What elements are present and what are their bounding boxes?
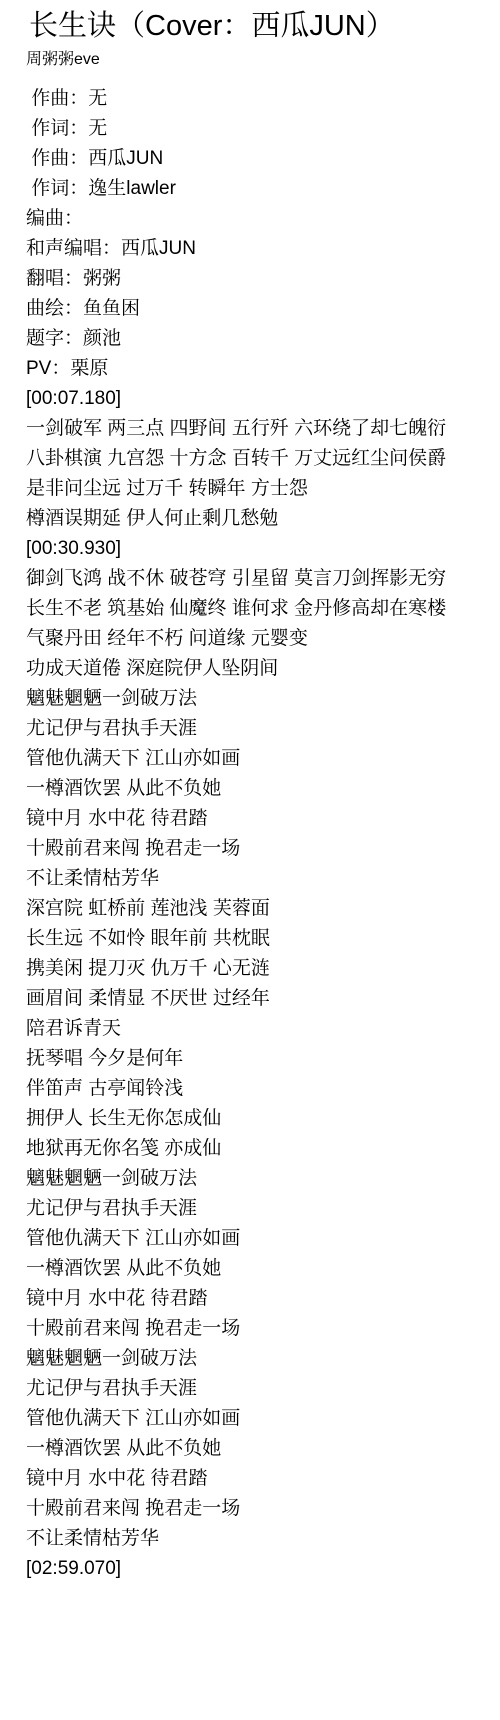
- lyric-line: 一樽酒饮罢 从此不负她: [26, 1254, 496, 1284]
- credit-line: 和声编唱：西瓜JUN: [26, 234, 496, 264]
- lyric-line: 地狱再无你名笺 亦成仙: [26, 1134, 496, 1164]
- lyric-line: 画眉间 柔情显 不厌世 过经年: [26, 984, 496, 1014]
- credit-line: 曲绘：鱼鱼困: [26, 294, 496, 324]
- lyric-line: 一剑破军 两三点 四野间 五行歼 六环绕了却七魄衍: [26, 414, 496, 444]
- lyric-line: 镜中月 水中花 待君踏: [26, 1284, 496, 1314]
- lyric-line: 镜中月 水中花 待君踏: [26, 1464, 496, 1494]
- credit-line: 作词：逸生lawler: [26, 174, 496, 204]
- lyric-line: 陪君诉青天: [26, 1014, 496, 1044]
- lyric-line: 镜中月 水中花 待君踏: [26, 804, 496, 834]
- credit-line: 作词：无: [26, 114, 496, 144]
- lyric-line: 深宫院 虹桥前 莲池浅 芙蓉面: [26, 894, 496, 924]
- lyric-line: 拥伊人 长生无你怎成仙: [26, 1104, 496, 1134]
- lyric-line: 管他仇满天下 江山亦如画: [26, 1404, 496, 1434]
- lyric-line: 一樽酒饮罢 从此不负她: [26, 774, 496, 804]
- credit-line: 作曲：西瓜JUN: [26, 144, 496, 174]
- lyric-line: 携美闲 提刀灭 仇万千 心无涟: [26, 954, 496, 984]
- credits-block: 作曲：无 作词：无 作曲：西瓜JUN 作词：逸生lawler编曲：和声编唱：西瓜…: [26, 84, 496, 384]
- credit-line: 题字：颜池: [26, 324, 496, 354]
- lyric-line: 管他仇满天下 江山亦如画: [26, 744, 496, 774]
- credit-line: 作曲：无: [26, 84, 496, 114]
- lyric-line: 抚琴唱 今夕是何年: [26, 1044, 496, 1074]
- lyrics-page: 长生诀（Cover：西瓜JUN） 周粥粥eve 作曲：无 作词：无 作曲：西瓜J…: [0, 0, 500, 1584]
- timestamp-line: [00:30.930]: [26, 534, 496, 564]
- lyric-line: 尤记伊与君执手天涯: [26, 714, 496, 744]
- lyric-line: 不让柔情枯芳华: [26, 1524, 496, 1554]
- lyric-line: 不让柔情枯芳华: [26, 864, 496, 894]
- lyric-line: 气聚丹田 经年不朽 问道缘 元婴变: [26, 624, 496, 654]
- lyric-line: 尤记伊与君执手天涯: [26, 1194, 496, 1224]
- lyric-line: 魑魅魍魉一剑破万法: [26, 684, 496, 714]
- credit-line: 编曲：: [26, 204, 496, 234]
- lyric-line: 御剑飞鸿 战不休 破苍穹 引星留 莫言刀剑挥影无穷: [26, 564, 496, 594]
- artist-name: 周粥粥eve: [26, 50, 496, 69]
- lyric-line: 管他仇满天下 江山亦如画: [26, 1224, 496, 1254]
- lyric-line: 十殿前君来闯 挽君走一场: [26, 1494, 496, 1524]
- lyric-line: 樽酒误期延 伊人何止剩几愁勉: [26, 504, 496, 534]
- lyric-line: 长生远 不如怜 眼年前 共枕眠: [26, 924, 496, 954]
- timestamp-line: [02:59.070]: [26, 1554, 496, 1584]
- lyric-line: 伴笛声 古亭闻铃浅: [26, 1074, 496, 1104]
- lyric-line: 十殿前君来闯 挽君走一场: [26, 834, 496, 864]
- lyric-line: 十殿前君来闯 挽君走一场: [26, 1314, 496, 1344]
- lyric-line: 是非问尘远 过万千 转瞬年 方士怨: [26, 474, 496, 504]
- lyric-line: 八卦棋演 九宫怨 十方念 百转千 万丈远红尘问侯爵: [26, 444, 496, 474]
- credit-line: PV：栗原: [26, 354, 496, 384]
- lyric-line: 尤记伊与君执手天涯: [26, 1374, 496, 1404]
- page-title: 长生诀（Cover：西瓜JUN）: [29, 8, 496, 44]
- lyric-line: 魑魅魍魉一剑破万法: [26, 1164, 496, 1194]
- lyrics-block: [00:07.180]一剑破军 两三点 四野间 五行歼 六环绕了却七魄衍八卦棋演…: [26, 384, 496, 1584]
- lyric-line: 功成天道倦 深庭院伊人坠阴间: [26, 654, 496, 684]
- lyric-line: 长生不老 筑基始 仙魔终 谁何求 金丹修高却在寒楼: [26, 594, 496, 624]
- lyric-line: 魑魅魍魉一剑破万法: [26, 1344, 496, 1374]
- credit-line: 翻唱：粥粥: [26, 264, 496, 294]
- timestamp-line: [00:07.180]: [26, 384, 496, 414]
- lyric-line: 一樽酒饮罢 从此不负她: [26, 1434, 496, 1464]
